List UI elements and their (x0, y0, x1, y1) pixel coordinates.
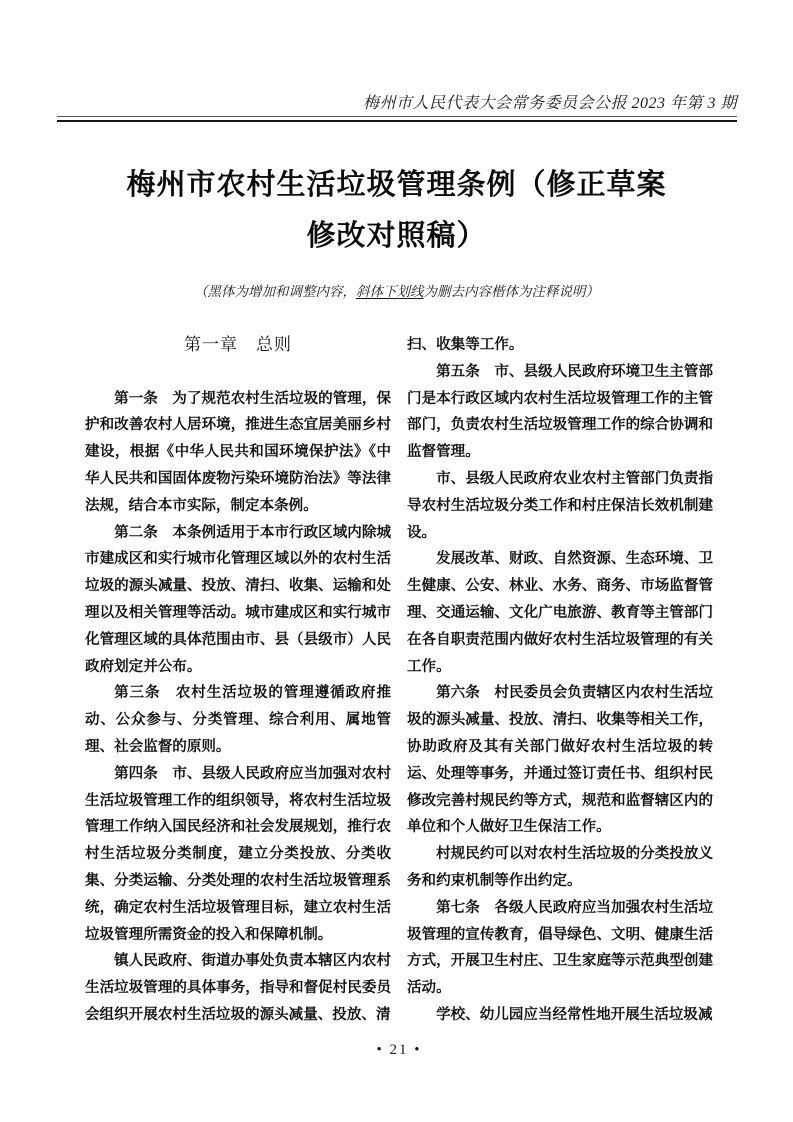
article-paragraph: 第一条 为了规范农村生活垃圾的管理，保护和改善农村人居环境，推进生态宜居美丽乡村… (85, 386, 391, 520)
left-column: 第一章 总则 第一条 为了规范农村生活垃圾的管理，保护和改善农村人居环境，推进生… (85, 332, 391, 1029)
article-paragraph: 第四条 市、县级人民政府应当加强对农村生活垃圾管理工作的组织领导，将农村生活垃圾… (85, 761, 391, 949)
bulletin-page: 梅州市人民代表大会常务委员会公报 2023 年第 3 期 梅州市农村生活垃圾管理… (0, 0, 793, 1122)
article-paragraph: 第五条 市、县级人民政府环境卫生主管部门是本行政区域内农村生活垃圾管理工作的主管… (407, 359, 713, 466)
article-paragraph: 村规民约可以对农村生活垃圾的分类投放义务和约束机制等作出约定。 (407, 841, 713, 895)
legend-note-part1: （黑体为增加和调整内容， (194, 284, 356, 299)
article-paragraph: 发展改革、财政、自然资源、生态环境、卫生健康、公安、林业、水务、商务、市场监督管… (407, 546, 713, 680)
article-paragraph: 第二条 本条例适用于本市行政区域内除城市建成区和实行城市化管理区域以外的农村生活… (85, 520, 391, 681)
article-paragraph: 第三条 农村生活垃圾的管理遵循政府推动、公众参与、分类管理、综合利用、属地管理、… (85, 680, 391, 760)
article-paragraph: 第七条 各级人民政府应当加强农村生活垃圾管理的宣传教育，倡导绿色、文明、健康生活… (407, 895, 713, 1002)
right-column: 扫、收集等工作。 第五条 市、县级人民政府环境卫生主管部门是本行政区域内农村生活… (407, 332, 713, 1029)
article-paragraph: 第六条 村民委员会负责辖区内农村生活垃圾的源头减量、投放、清扫、收集等相关工作，… (407, 680, 713, 841)
document-title-line1: 梅州市农村生活垃圾管理条例（修正草案 (0, 160, 793, 211)
page-number: • 21 • (85, 1042, 713, 1059)
article-paragraph: 市、县级人民政府农业农村主管部门负责指导农村生活垃圾分类工作和村庄保洁长效机制建… (407, 466, 713, 546)
header-rule (57, 116, 737, 122)
article-paragraph: 学校、幼儿园应当经常性地开展生活垃圾减 (407, 1002, 713, 1029)
bulletin-header: 梅州市人民代表大会常务委员会公报 2023 年第 3 期 (363, 90, 737, 113)
two-column-body: 第一章 总则 第一条 为了规范农村生活垃圾的管理，保护和改善农村人居环境，推进生… (85, 332, 713, 1029)
article-paragraph-continuation: 扫、收集等工作。 (407, 332, 713, 359)
legend-note-part2: 为删去内容楷体为注释说明） (424, 284, 600, 299)
article-paragraph: 镇人民政府、街道办事处负责本辖区内农村生活垃圾管理的具体事务，指导和督促村民委员… (85, 948, 391, 1028)
legend-note: （黑体为增加和调整内容，斜体下划线为删去内容楷体为注释说明） (0, 280, 793, 300)
document-title-line2: 修改对照稿） (0, 211, 793, 262)
legend-note-deleted-marker: 斜体下划线 (356, 284, 424, 299)
document-title: 梅州市农村生活垃圾管理条例（修正草案 修改对照稿） (0, 160, 793, 262)
chapter-heading: 第一章 总则 (85, 332, 391, 359)
